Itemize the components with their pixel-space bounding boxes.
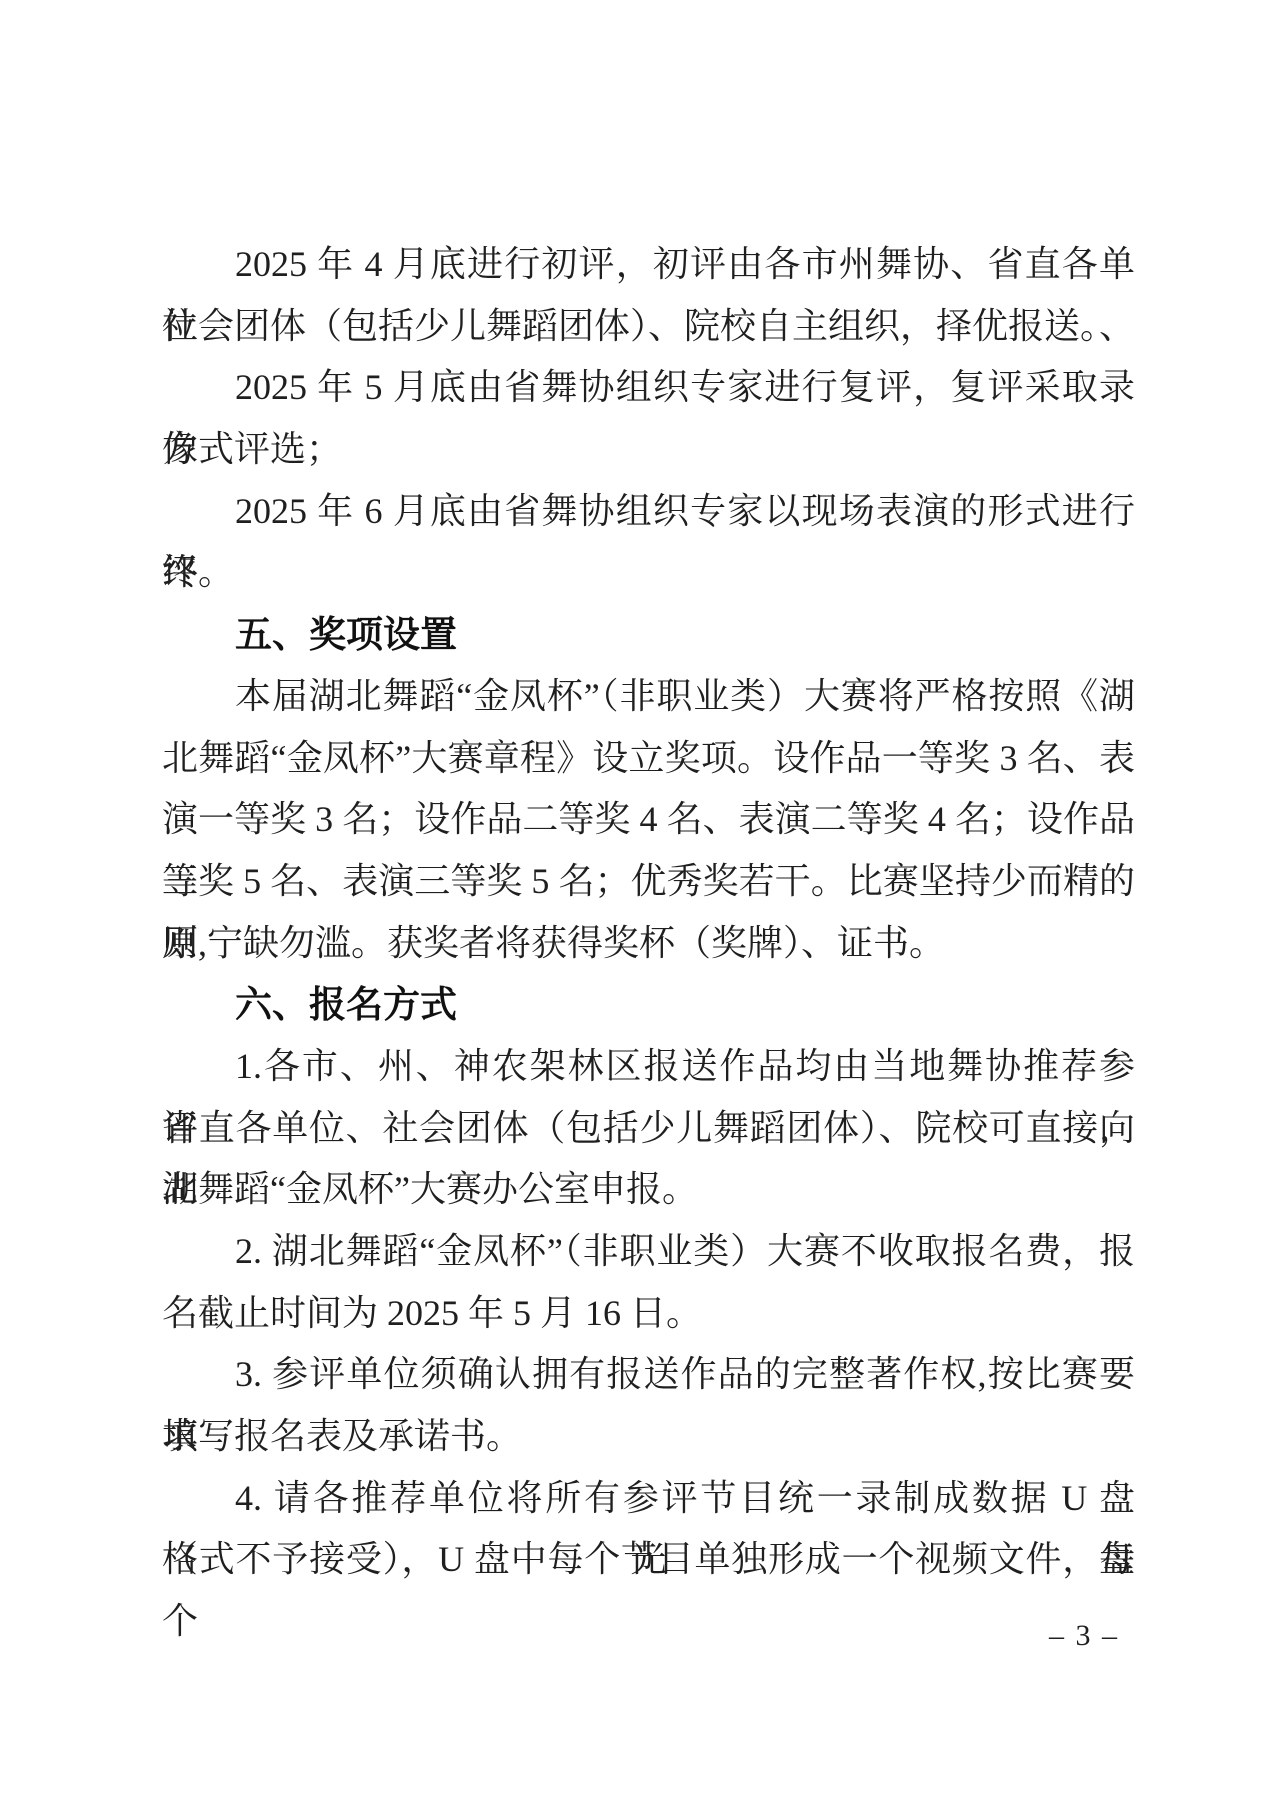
section-heading-line: 五、奖项设置: [162, 604, 1135, 666]
document-body: 2025 年 4 月底进行初评，初评由各市州舞协、省直各单位、社会团体（包括少儿…: [162, 234, 1135, 1591]
page-number: – 3 –: [1049, 1620, 1119, 1652]
paragraph-text-line: 北舞蹈“金凤杯”大赛办公室申报。: [162, 1159, 1135, 1221]
paragraph-text-line: 2025 年 4 月底进行初评，初评由各市州舞协、省直各单位、: [162, 234, 1135, 296]
paragraph-text-line: 演一等奖 3 名；设作品二等奖 4 名、表演二等奖 4 名；设作品三: [162, 789, 1135, 851]
document-page: 2025 年 4 月底进行初评，初评由各市州舞协、省直各单位、社会团体（包括少儿…: [0, 0, 1280, 1810]
paragraph-text-line: 等奖 5 名、表演三等奖 5 名；优秀奖若干。比赛坚持少而精的原: [162, 851, 1135, 913]
paragraph-text-line: 2025 年 6 月底由省舞协组织专家以现场表演的形式进行终: [162, 481, 1135, 543]
paragraph-text-line: 北舞蹈“金凤杯”大赛章程》设立奖项。设作品一等奖 3 名、表: [162, 728, 1135, 790]
paragraph-text-line: 本届湖北舞蹈“金凤杯”（非职业类）大赛将严格按照《湖: [162, 666, 1135, 728]
paragraph-text-line: 2. 湖北舞蹈“金凤杯”（非职业类）大赛不收取报名费，报: [162, 1221, 1135, 1283]
paragraph-text-line: 2025 年 5 月底由省舞协组织专家进行复评，复评采取录像: [162, 357, 1135, 419]
section-heading-line: 六、报名方式: [162, 974, 1135, 1036]
paragraph-text-line: 格式不予接受），U 盘中每个节目单独形成一个视频文件，每个: [162, 1529, 1135, 1591]
paragraph-text-line: 名截止时间为 2025 年 5 月 16 日。: [162, 1283, 1135, 1345]
paragraph-text-line: 方式评选；: [162, 419, 1135, 481]
paragraph-text-line: 1.各市、州、神农架林区报送作品均由当地舞协推荐参评，: [162, 1036, 1135, 1098]
paragraph-text-line: 3. 参评单位须确认拥有报送作品的完整著作权,按比赛要求: [162, 1344, 1135, 1406]
paragraph-text-line: 社会团体（包括少儿舞蹈团体）、院校自主组织，择优报送。: [162, 296, 1135, 358]
paragraph-text-line: 则,宁缺勿滥。获奖者将获得奖杯（奖牌）、证书。: [162, 913, 1135, 975]
paragraph-text-line: 评。: [162, 542, 1135, 604]
paragraph-text-line: 填写报名表及承诺书。: [162, 1406, 1135, 1468]
paragraph-text-line: 4. 请各推荐单位将所有参评节目统一录制成数据 U 盘（光盘: [162, 1468, 1135, 1530]
paragraph-text-line: 省直各单位、社会团体（包括少儿舞蹈团体）、院校可直接向湖: [162, 1098, 1135, 1160]
